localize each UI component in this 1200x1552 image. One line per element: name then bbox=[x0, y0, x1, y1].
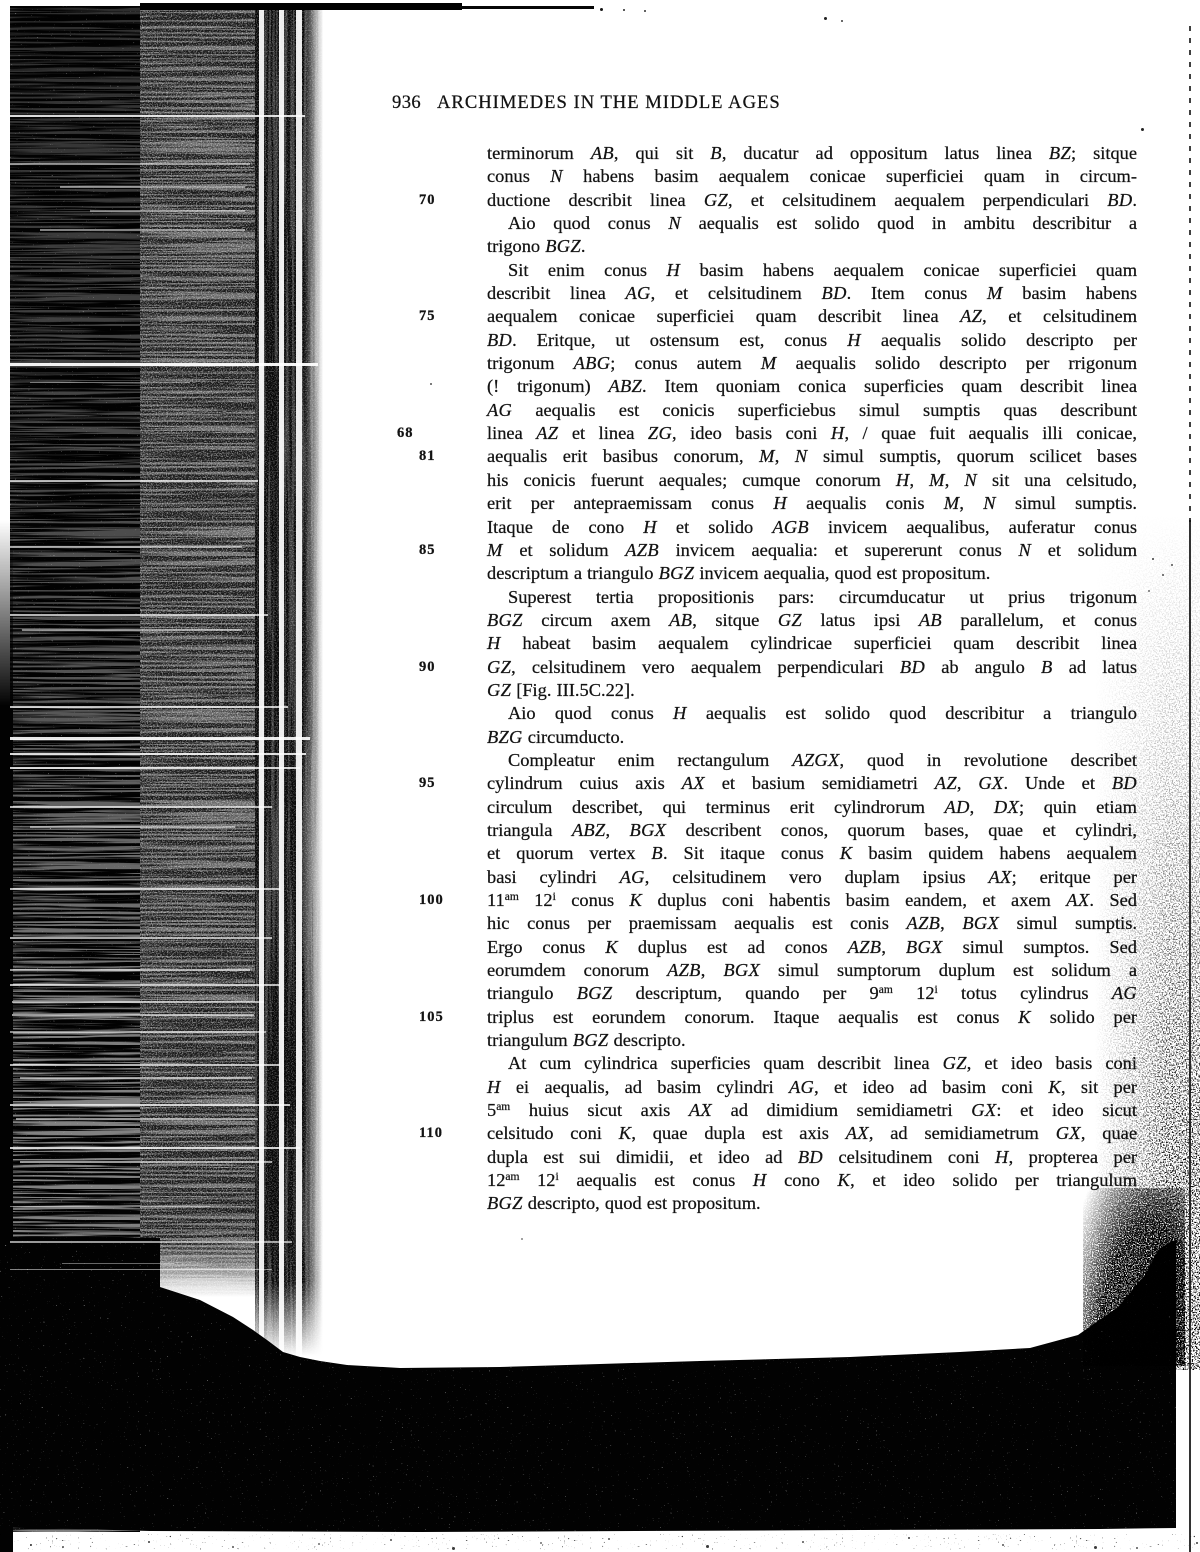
scan-streak bbox=[10, 1031, 266, 1033]
line-text: M et solidum AZB invicem aequalia: et su… bbox=[487, 540, 1137, 560]
line-text: aequalem conicae superficiei quam descri… bbox=[487, 306, 1137, 326]
line-text: basi cylindri AG, celsitudinem vero dupl… bbox=[487, 867, 1137, 887]
scan-artifact-margin-rule-dashed bbox=[1189, 26, 1191, 522]
margin-line-number: 95 bbox=[419, 772, 469, 795]
line-text: triangulum BGZ descripto. bbox=[487, 1030, 686, 1050]
margin-line-number: 70 bbox=[419, 189, 469, 212]
scan-speck bbox=[390, 1539, 392, 1541]
text-line: BZG circumducto. bbox=[487, 726, 1137, 749]
scan-streak bbox=[10, 969, 250, 971]
line-text: Itaque de cono H et solido AGB invicem a… bbox=[487, 517, 1137, 537]
scan-streak bbox=[90, 210, 245, 212]
text-line: 81aequalis erit basibus conorum, M, N si… bbox=[487, 445, 1137, 468]
scan-speck bbox=[1152, 558, 1154, 560]
line-text: GZ, celsitudinem vero aequalem perpendic… bbox=[487, 657, 1137, 677]
line-text: 11am 12i conus K duplus coni habentis ba… bbox=[487, 890, 1137, 910]
scan-speck bbox=[1162, 574, 1164, 576]
scan-speck bbox=[232, 1546, 234, 1548]
line-text: terminorum AB, qui sit B, ducatur ad opp… bbox=[487, 143, 1137, 163]
text-line: Compleatur enim rectangulum AZGX, quod i… bbox=[487, 749, 1137, 772]
text-line: 75aequalem conicae superficiei quam desc… bbox=[487, 305, 1137, 328]
text-line: hic conus per praemissam aequalis est co… bbox=[487, 912, 1137, 935]
text-line: 10011am 12i conus K duplus coni habentis… bbox=[487, 889, 1137, 912]
text-line: triangulum BGZ descripto. bbox=[487, 1029, 1137, 1052]
scan-streak bbox=[16, 1118, 258, 1120]
scan-streak bbox=[40, 229, 245, 231]
scan-streak bbox=[10, 937, 272, 939]
text-line: BGZ descripto, quod est propositum. bbox=[487, 1192, 1137, 1215]
text-line: describit linea AG, et celsitudinem BD. … bbox=[487, 282, 1137, 305]
line-text: H ei aequalis, ad basim cylindri AG, et … bbox=[487, 1077, 1137, 1097]
scan-speck bbox=[521, 1238, 523, 1240]
scan-streak bbox=[60, 186, 245, 188]
text-line: et quorum vertex B. Sit itaque conus K b… bbox=[487, 842, 1137, 865]
margin-line-number: 110 bbox=[419, 1122, 469, 1145]
scanned-page: 936 ARCHIMEDES IN THE MIDDLE AGES termin… bbox=[0, 0, 1200, 1552]
line-text: descriptum a triangulo BGZ invicem aequa… bbox=[487, 563, 990, 583]
scan-streak bbox=[30, 826, 235, 828]
scan-streak bbox=[10, 767, 300, 769]
line-text: Aio quod conus H aequalis est solido quo… bbox=[508, 703, 1137, 723]
margin-line-number: 81 bbox=[419, 445, 469, 468]
scan-streak bbox=[10, 1104, 290, 1106]
line-text: cylindrum cuius axis AX et basium semidi… bbox=[487, 773, 1137, 793]
text-line: his conicis fuerunt aequales; cumque con… bbox=[487, 469, 1137, 492]
scan-speck bbox=[623, 9, 625, 11]
line-text: eorumdem conorum AZB, BGX simul sumptoru… bbox=[487, 960, 1137, 980]
text-line: descriptum a triangulo BGZ invicem aequa… bbox=[487, 562, 1137, 585]
line-text: describit linea AG, et celsitudinem BD. … bbox=[487, 283, 1137, 303]
scan-speck bbox=[1002, 1544, 1004, 1546]
line-text: trigono BGZ. bbox=[487, 236, 586, 256]
scan-speck bbox=[841, 20, 843, 22]
text-line: GZ [Fig. III.5C.22]. bbox=[487, 679, 1137, 702]
text-line: 110celsitudo coni K, quae dupla est axis… bbox=[487, 1122, 1137, 1145]
scan-artifact-top-rule bbox=[140, 3, 462, 10]
text-line: Sit enim conus H basim habens aequalem c… bbox=[487, 259, 1137, 282]
scan-streak bbox=[22, 629, 242, 631]
scan-artifact-margin-rule-solid bbox=[1189, 520, 1191, 1552]
text-line: dupla est sui dimidii, et ideo ad BD cel… bbox=[487, 1146, 1137, 1169]
text-line: H ei aequalis, ad basim cylindri AG, et … bbox=[487, 1076, 1137, 1099]
scan-streak bbox=[10, 984, 280, 986]
scan-speck bbox=[62, 1546, 64, 1548]
line-text: (! trigonum) ABZ. Item quoniam conica su… bbox=[487, 376, 1137, 396]
text-line: 95cylindrum cuius axis AX et basium semi… bbox=[487, 772, 1137, 795]
scan-speck bbox=[1136, 1547, 1138, 1549]
line-text: conus N habens basim aequalem conicae su… bbox=[487, 166, 1137, 186]
scan-speck bbox=[1094, 1546, 1097, 1549]
scan-speck bbox=[824, 17, 827, 20]
scan-streak bbox=[10, 806, 272, 808]
text-line: Itaque de cono H et solido AGB invicem a… bbox=[487, 516, 1137, 539]
line-text: celsitudo coni K, quae dupla est axis AX… bbox=[487, 1123, 1137, 1143]
scan-streak bbox=[10, 1241, 292, 1243]
margin-line-number: 85 bbox=[419, 539, 469, 562]
scan-speck bbox=[600, 8, 603, 11]
line-text: BGZ circum axem AB, sitque GZ latus ipsi… bbox=[487, 610, 1137, 630]
scan-streak bbox=[20, 1077, 252, 1079]
line-text: 5am huius sicut axis AX ad dimidium semi… bbox=[487, 1100, 1137, 1120]
line-text: circulum describet, qui terminus erit cy… bbox=[487, 797, 1137, 817]
scan-artifact-gutter-stripes bbox=[255, 4, 323, 1356]
body-text: terminorum AB, qui sit B, ducatur ad opp… bbox=[487, 142, 1137, 1216]
line-text: dupla est sui dimidii, et ideo ad BD cel… bbox=[487, 1147, 1137, 1167]
line-text: trigonum ABG; conus autem M aequalis sol… bbox=[487, 353, 1137, 373]
scan-streak bbox=[10, 363, 318, 366]
text-line: conus N habens basim aequalem conicae su… bbox=[487, 165, 1137, 188]
text-line: Aio quod conus N aequalis est solido quo… bbox=[487, 212, 1137, 235]
line-text: BZG circumducto. bbox=[487, 727, 624, 747]
scan-streak bbox=[10, 480, 258, 482]
scan-streak bbox=[10, 737, 310, 740]
scan-artifact-right-noise-dense bbox=[1083, 1188, 1185, 1366]
line-text: BD. Eritque, ut ostensum est, conus H ae… bbox=[487, 330, 1137, 350]
scan-speck bbox=[1148, 590, 1150, 592]
line-text: ductione describit linea GZ, et celsitud… bbox=[487, 190, 1137, 210]
line-text: Compleatur enim rectangulum AZGX, quod i… bbox=[508, 750, 1137, 770]
text-line: eorumdem conorum AZB, BGX simul sumptoru… bbox=[487, 959, 1137, 982]
text-line: 5am huius sicut axis AX ad dimidium semi… bbox=[487, 1099, 1137, 1122]
line-text: erit per antepraemissam conus H aequalis… bbox=[487, 493, 1137, 513]
scan-speck bbox=[908, 1537, 910, 1539]
scan-speck bbox=[608, 1538, 610, 1540]
scan-speck bbox=[540, 1542, 542, 1544]
line-text: triangula ABZ, BGX describent conos, quo… bbox=[487, 820, 1137, 840]
scan-streak bbox=[10, 706, 288, 708]
scan-speck bbox=[30, 1544, 32, 1546]
line-text: et quorum vertex B. Sit itaque conus K b… bbox=[487, 843, 1137, 863]
line-text: GZ [Fig. III.5C.22]. bbox=[487, 680, 635, 700]
line-text: Aio quod conus N aequalis est solido quo… bbox=[508, 213, 1137, 233]
scan-streak bbox=[10, 546, 242, 548]
running-title: ARCHIMEDES IN THE MIDDLE AGES bbox=[437, 92, 781, 114]
text-line: 70ductione describit linea GZ, et celsit… bbox=[487, 189, 1137, 212]
text-line: basi cylindri AG, celsitudinem vero dupl… bbox=[487, 866, 1137, 889]
scan-artifact-top-rule-thin bbox=[460, 6, 594, 9]
text-line: (! trigonum) ABZ. Item quoniam conica su… bbox=[487, 375, 1137, 398]
text-line: triangulo BGZ descriptum, quando per 9am… bbox=[487, 982, 1137, 1005]
scan-streak bbox=[10, 753, 306, 755]
text-line: BGZ circum axem AB, sitque GZ latus ipsi… bbox=[487, 609, 1137, 632]
text-line: 85M et solidum AZB invicem aequalia: et … bbox=[487, 539, 1137, 562]
scan-streak bbox=[12, 1014, 254, 1016]
text-line: AG aequalis est conicis superficiebus si… bbox=[487, 399, 1137, 422]
scan-streak bbox=[10, 614, 268, 616]
scan-streak bbox=[10, 888, 280, 890]
text-line: circulum describet, qui terminus erit cy… bbox=[487, 796, 1137, 819]
line-text: Superest tertia propositionis pars: circ… bbox=[508, 587, 1137, 607]
scan-speck bbox=[1196, 1542, 1198, 1544]
scan-streak bbox=[62, 1263, 174, 1264]
text-line: BD. Eritque, ut ostensum est, conus H ae… bbox=[487, 329, 1137, 352]
scan-speck bbox=[430, 383, 432, 385]
text-line: At cum cylindrica superficies quam descr… bbox=[487, 1052, 1137, 1075]
text-line: H habeat basim aequalem cylindricae supe… bbox=[487, 632, 1137, 655]
margin-line-number: 90 bbox=[419, 656, 469, 679]
line-text: aequalis erit basibus conorum, M, N simu… bbox=[487, 446, 1137, 466]
text-line: trigono BGZ. bbox=[487, 235, 1137, 258]
scan-speck bbox=[452, 1547, 455, 1550]
line-text: Sit enim conus H basim habens aequalem c… bbox=[508, 260, 1137, 280]
line-text: Ergo conus K duplus est ad conos AZB, BG… bbox=[487, 937, 1137, 957]
scan-speck bbox=[148, 1541, 150, 1543]
margin-folio-number: 68 bbox=[397, 422, 447, 445]
margin-line-number: 105 bbox=[419, 1006, 469, 1029]
page-number: 936 bbox=[392, 92, 421, 114]
scan-speck bbox=[318, 1543, 320, 1545]
line-text: At cum cylindrica superficies quam descr… bbox=[508, 1053, 1137, 1073]
text-line: Ergo conus K duplus est ad conos AZB, BG… bbox=[487, 936, 1137, 959]
scan-speck bbox=[1171, 564, 1173, 566]
text-line: Superest tertia propositionis pars: circ… bbox=[487, 586, 1137, 609]
text-line: Aio quod conus H aequalis est solido quo… bbox=[487, 702, 1137, 725]
text-line: trigonum ABG; conus autem M aequalis sol… bbox=[487, 352, 1137, 375]
scan-streak bbox=[10, 1147, 300, 1149]
scan-artifact-bottom-specks bbox=[0, 1534, 1200, 1550]
text-line: 105triplus est eorundem conorum. Itaque … bbox=[487, 1006, 1137, 1029]
line-text: BGZ descripto, quod est propositum. bbox=[487, 1193, 761, 1213]
line-text: hic conus per praemissam aequalis est co… bbox=[487, 913, 1137, 933]
scan-speck bbox=[802, 1541, 804, 1543]
line-text: his conicis fuerunt aequales; cumque con… bbox=[487, 470, 1137, 490]
scan-speck bbox=[1141, 128, 1144, 131]
scan-speck bbox=[644, 10, 646, 12]
scan-streak bbox=[10, 115, 305, 117]
text-line: erit per antepraemissam conus H aequalis… bbox=[487, 492, 1137, 515]
scan-streak bbox=[10, 1064, 280, 1066]
text-line: 90GZ, celsitudinem vero aequalem perpend… bbox=[487, 656, 1137, 679]
line-text: H habeat basim aequalem cylindricae supe… bbox=[487, 633, 1137, 653]
text-line: triangula ABZ, BGX describent conos, quo… bbox=[487, 819, 1137, 842]
line-text: linea AZ et linea ZG, ideo basis coni H,… bbox=[487, 423, 1137, 443]
line-text: triangulo BGZ descriptum, quando per 9am… bbox=[487, 983, 1137, 1003]
margin-line-number: 75 bbox=[419, 305, 469, 328]
line-text: triplus est eorundem conorum. Itaque aeq… bbox=[487, 1007, 1137, 1027]
line-text: 12am 12i aequalis est conus H cono K, et… bbox=[487, 1170, 1137, 1190]
scan-streak bbox=[10, 163, 250, 165]
scan-streak bbox=[10, 1269, 272, 1270]
scan-streak bbox=[10, 1206, 210, 1207]
scan-streak bbox=[12, 1001, 264, 1003]
scan-streak bbox=[30, 382, 190, 383]
text-line: 12am 12i aequalis est conus H cono K, et… bbox=[487, 1169, 1137, 1192]
scan-speck bbox=[706, 1545, 709, 1548]
line-text: AG aequalis est conicis superficiebus si… bbox=[487, 400, 1137, 420]
text-line: terminorum AB, qui sit B, ducatur ad opp… bbox=[487, 142, 1137, 165]
text-line: 68linea AZ et linea ZG, ideo basis coni … bbox=[487, 422, 1137, 445]
margin-line-number: 100 bbox=[419, 889, 469, 912]
scan-streak bbox=[20, 1161, 272, 1163]
